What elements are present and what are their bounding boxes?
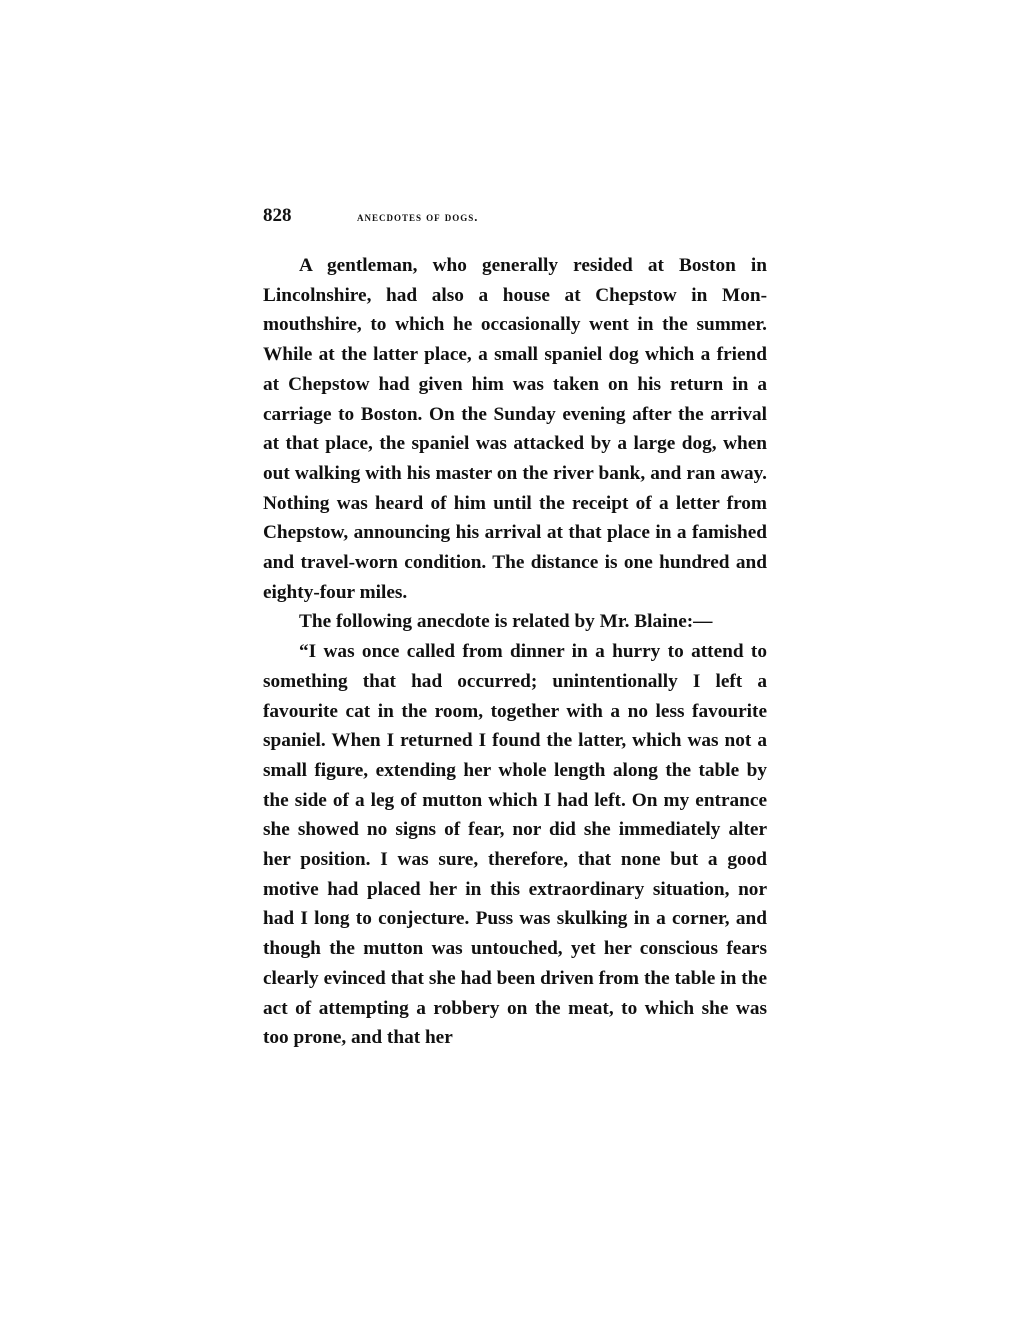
book-page: 828 ANECDOTES OF DOGS. A gentleman, who … <box>263 205 767 1053</box>
page-number: 828 <box>263 205 357 227</box>
paragraph-blaine-intro: The following anecdote is related by Mr.… <box>263 607 767 637</box>
running-head: 828 ANECDOTES OF DOGS. <box>263 205 767 231</box>
running-title: ANECDOTES OF DOGS. <box>357 210 478 225</box>
paragraph-boston-spaniel: A gentleman, who generally resided at Bo… <box>263 251 767 607</box>
paragraph-blaine-quote: “I was once called from dinner in a hurr… <box>263 637 767 1053</box>
